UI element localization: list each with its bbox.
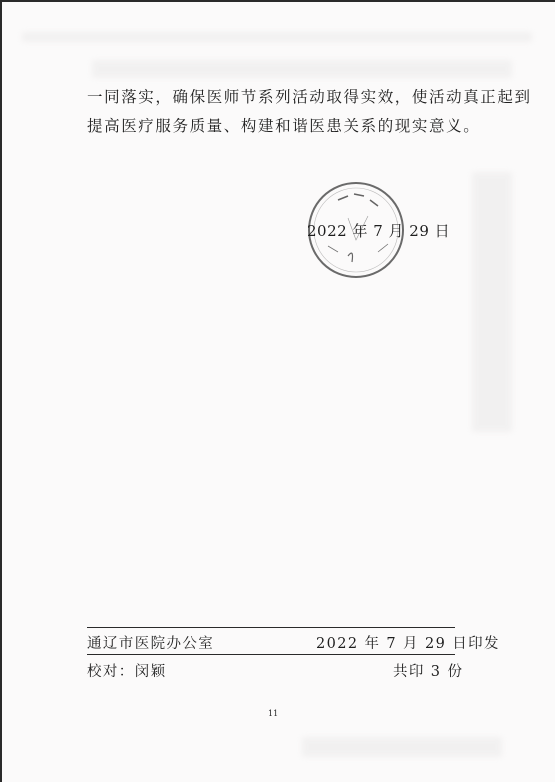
bleed-through	[472, 172, 512, 432]
footer-top-rule	[87, 627, 455, 628]
issue-date: 2022 年 7 月 29 日印发	[316, 632, 500, 653]
bleed-through	[92, 60, 512, 78]
document-page: 一同落实，确保医师节系列活动取得实效，使活动真正起到 提高医疗服务质量、构建和谐…	[0, 0, 555, 782]
issuer-name: 通辽市医院办公室	[87, 632, 214, 653]
signature-date: 2022 年 7 月 29 日	[307, 220, 450, 241]
page-number: 11	[268, 709, 278, 718]
footer-bottom-rule	[87, 654, 455, 655]
bleed-through	[22, 32, 532, 42]
bleed-through	[302, 737, 502, 757]
body-text-line: 一同落实，确保医师节系列活动取得实效，使活动真正起到	[87, 85, 532, 107]
proofreader: 校对：闵颖	[87, 660, 167, 681]
body-text-line: 提高医疗服务质量、构建和谐医患关系的现实意义。	[87, 114, 480, 136]
copy-count: 共印 3 份	[393, 660, 463, 681]
